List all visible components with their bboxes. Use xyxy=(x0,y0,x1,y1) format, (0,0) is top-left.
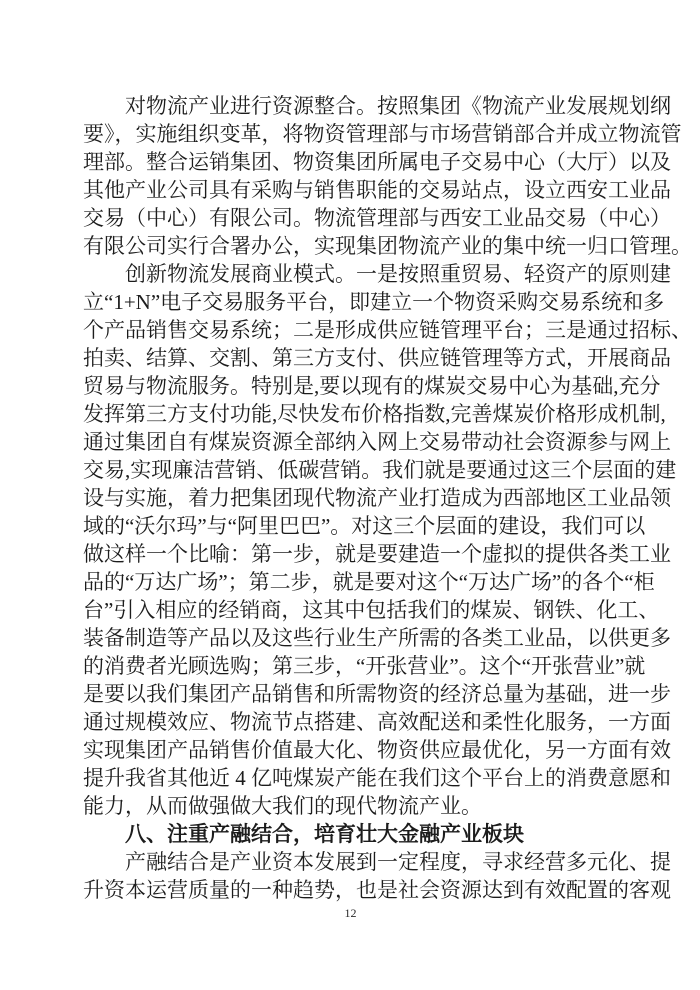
text-line: 创新物流发展商业模式。一是按照重贸易、轻资产的原则建 xyxy=(83,260,618,288)
text-line: 个产品销售交易系统；二是形成供应链管理平台；三是通过招标、 xyxy=(83,316,618,344)
text-line: 交易（中心）有限公司。物流管理部与西安工业品交易（中心） xyxy=(83,204,618,232)
text-line: 对物流产业进行资源整合。按照集团《物流产业发展规划纲 xyxy=(83,92,618,120)
text-line: 能力，从而做强做大我们的现代物流产业。 xyxy=(83,792,618,820)
text-line: 台”引入相应的经销商，这其中包括我们的煤炭、钢铁、化工、 xyxy=(83,596,618,624)
text-line: 设与实施，着力把集团现代物流产业打造成为西部地区工业品领 xyxy=(83,484,618,512)
text-line: 有限公司实行合署办公，实现集团物流产业的集中统一归口管理。 xyxy=(83,232,618,260)
text-line: 装备制造等产品以及这些行业生产所需的各类工业品，以供更多 xyxy=(83,624,618,652)
text-line: 拍卖、结算、交割、第三方支付、供应链管理等方式，开展商品 xyxy=(83,344,618,372)
text-line: 理部。整合运销集团、物资集团所属电子交易中心（大厅）以及 xyxy=(83,148,618,176)
text-line: 通过集团自有煤炭资源全部纳入网上交易带动社会资源参与网上 xyxy=(83,428,618,456)
text-line: 交易,实现廉洁营销、低碳营销。我们就是要通过这三个层面的建 xyxy=(83,456,618,484)
text-line: 是要以我们集团产品销售和所需物资的经济总量为基础，进一步 xyxy=(83,680,618,708)
text-line: 升资本运营质量的一种趋势，也是社会资源达到有效配置的客观 xyxy=(83,876,618,904)
text-line: 通过规模效应、物流节点搭建、高效配送和柔性化服务，一方面 xyxy=(83,708,618,736)
document-body: 对物流产业进行资源整合。按照集团《物流产业发展规划纲要》，实施组织变革，将物资管… xyxy=(83,92,618,904)
text-line: 贸易与物流服务。特别是,要以现有的煤炭交易中心为基础,充分 xyxy=(83,372,618,400)
text-line: 产融结合是产业资本发展到一定程度，寻求经营多元化、提 xyxy=(83,848,618,876)
document-page: 对物流产业进行资源整合。按照集团《物流产业发展规划纲要》，实施组织变革，将物资管… xyxy=(0,0,700,990)
text-line: 的消费者光顾选购；第三步，“开张营业”。这个“开张营业”就 xyxy=(83,652,618,680)
text-line: 做这样一个比喻：第一步，就是要建造一个虚拟的提供各类工业 xyxy=(83,540,618,568)
text-line: 其他产业公司具有采购与销售职能的交易站点，设立西安工业品 xyxy=(83,176,618,204)
text-line: 要》，实施组织变革，将物资管理部与市场营销部合并成立物流管 xyxy=(83,120,618,148)
text-line: 发挥第三方支付功能,尽快发布价格指数,完善煤炭价格形成机制, xyxy=(83,400,618,428)
text-line: 立“1+N”电子交易服务平台，即建立一个物资采购交易系统和多 xyxy=(83,288,618,316)
text-line: 提升我省其他近 4 亿吨煤炭产能在我们这个平台上的消费意愿和 xyxy=(83,764,618,792)
text-line: 实现集团产品销售价值最大化、物资供应最优化，另一方面有效 xyxy=(83,736,618,764)
text-line: 域的“沃尔玛”与“阿里巴巴”。对这三个层面的建设，我们可以 xyxy=(83,512,618,540)
page-number: 12 xyxy=(83,904,618,922)
text-line: 品的“万达广场”；第二步，就是要对这个“万达广场”的各个“柜 xyxy=(83,568,618,596)
section-heading: 八、注重产融结合，培育壮大金融产业板块 xyxy=(83,820,618,848)
